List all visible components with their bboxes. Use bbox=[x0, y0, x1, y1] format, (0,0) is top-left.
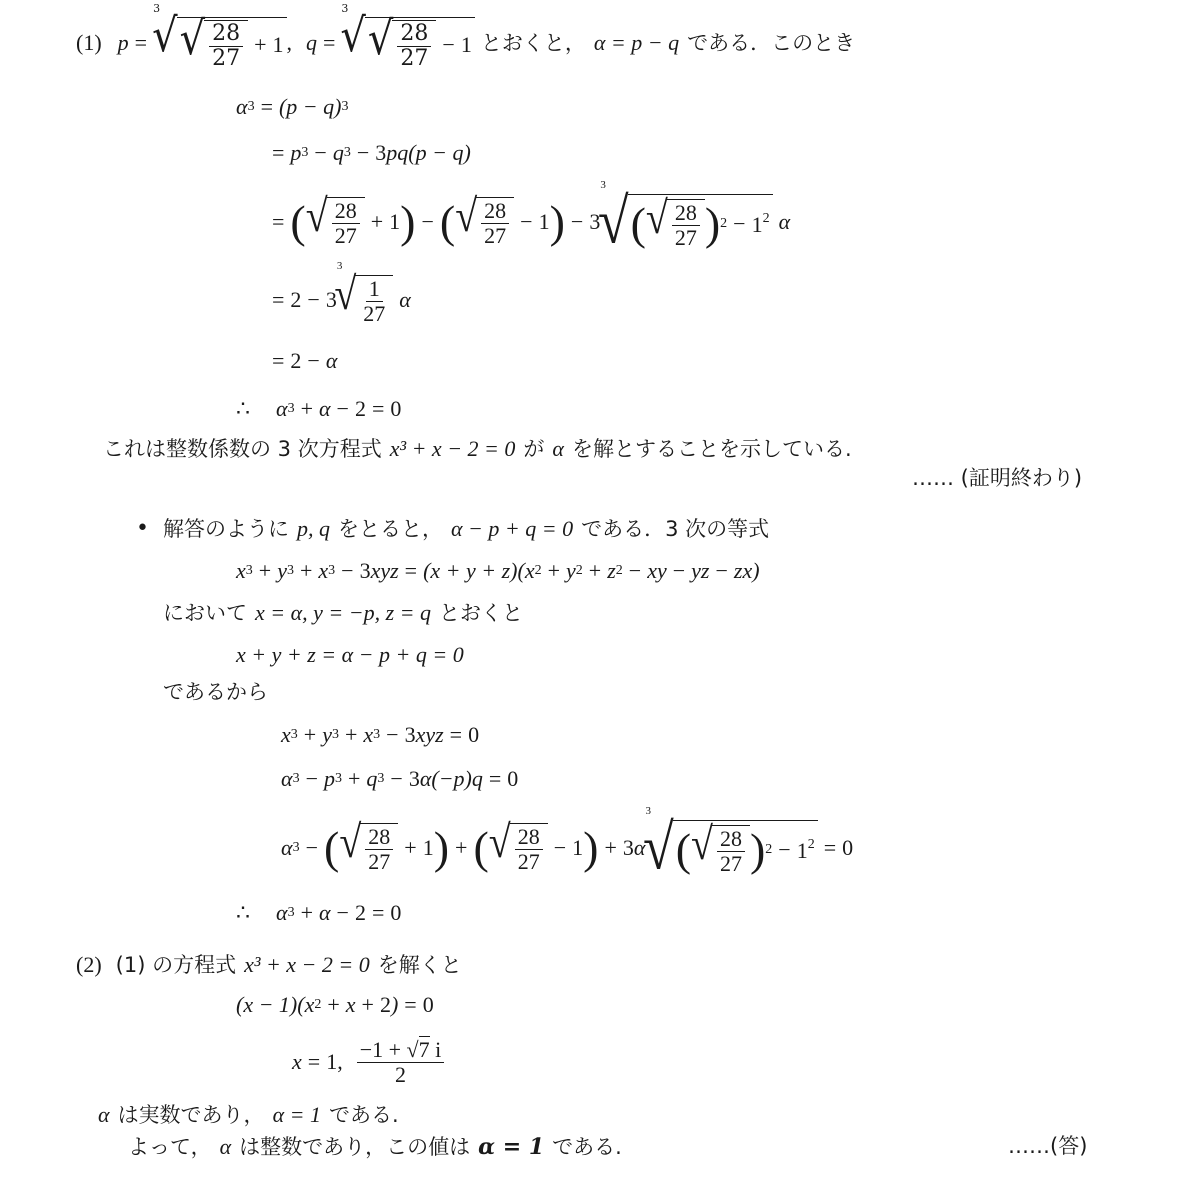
numerator: 28 bbox=[332, 200, 360, 224]
step-5: =2−α bbox=[272, 350, 337, 372]
subst-post: とおくと bbox=[439, 603, 523, 624]
final-pre: よって， bbox=[128, 1137, 212, 1158]
real-pre: は実数であり， bbox=[118, 1105, 265, 1126]
final-post: である. bbox=[552, 1137, 622, 1158]
denominator: 27 bbox=[332, 224, 360, 247]
conclusion-mid: が bbox=[523, 439, 544, 460]
numerator: 28 bbox=[397, 23, 431, 47]
step-2: =p3−q3−3pq(p − q) bbox=[272, 142, 471, 164]
note-equation: α − p + q = 0 bbox=[451, 518, 573, 540]
conclusion-equation: x³ + x − 2 = 0 bbox=[390, 438, 516, 460]
real-post: である. bbox=[329, 1105, 399, 1126]
denominator: 27 bbox=[209, 47, 243, 70]
subst-pre: において bbox=[163, 603, 247, 624]
cube-root-q: 3√ √2827 −1 bbox=[341, 17, 474, 70]
numerator: 28 bbox=[672, 202, 700, 226]
conclusion-post: を解とすることを示している. bbox=[572, 439, 852, 460]
therefore-text: であるから bbox=[163, 682, 268, 703]
numerator: 28 bbox=[717, 828, 745, 852]
denominator: 27 bbox=[481, 224, 509, 247]
note-eq-1: x3+y3+x3−3xyz=0 bbox=[281, 724, 479, 746]
note-line-1: • 解答のように p, q をとると， α − p + q = 0 である．3 … bbox=[136, 518, 769, 540]
sum-equation: x + y + z = α − p + q = 0 bbox=[236, 644, 464, 666]
note-pre: 解答のように bbox=[163, 519, 289, 540]
numerator: 28 bbox=[365, 826, 393, 850]
note-eq-4: ∴α3+α−2=0 bbox=[236, 902, 401, 924]
step-4: =2−3 3√127 α bbox=[272, 270, 411, 330]
subst-values: x = α, y = −p, z = q bbox=[255, 602, 431, 624]
part2-intro-pre: (1) の方程式 bbox=[116, 955, 236, 976]
conclusion-var: α bbox=[552, 438, 564, 460]
qed-mark: …… (証明終わり) bbox=[912, 468, 1082, 489]
final-mid: は整数であり，この値は bbox=[239, 1137, 470, 1158]
part1-label: (1) bbox=[76, 32, 102, 54]
step-3: =( √2827 +1)−( √2827 −1)−3 3√ (√2827)2 −… bbox=[272, 182, 790, 262]
denominator: 27 bbox=[360, 302, 388, 325]
factorization: (x − 1)(x2+x+2)=0 bbox=[236, 994, 434, 1016]
numerator: 28 bbox=[209, 23, 243, 47]
roots: x=1, −1 + √7 i2 bbox=[292, 1032, 446, 1092]
part2-label: (2) bbox=[76, 954, 102, 976]
step-1: α3=(p − q)3 bbox=[236, 96, 348, 118]
equals: = bbox=[135, 32, 147, 54]
denominator: 27 bbox=[397, 47, 431, 70]
part2-intro-post: を解くと bbox=[378, 955, 462, 976]
final-answer: α = 1 bbox=[478, 1136, 544, 1158]
part2-intro: (2) (1) の方程式 x³ + x − 2 = 0 を解くと bbox=[76, 954, 462, 976]
answer-mark: ……(答) bbox=[1008, 1136, 1087, 1157]
denominator-2: 2 bbox=[392, 1063, 409, 1086]
alpha-definition: α = p − q bbox=[594, 32, 679, 54]
numerator: 1 bbox=[366, 278, 383, 302]
bullet-icon: • bbox=[136, 518, 149, 540]
step-6: ∴α3+α−2=0 bbox=[236, 398, 401, 420]
numerator: 28 bbox=[515, 826, 543, 850]
var-q: q bbox=[306, 32, 317, 54]
intro-tail: である．このとき bbox=[687, 33, 855, 54]
conclusion-pre: これは整数係数の 3 次方程式 bbox=[103, 439, 382, 460]
part2-equation: x³ + x − 2 = 0 bbox=[244, 954, 370, 976]
real-line: α は実数であり， α = 1 である. bbox=[98, 1104, 399, 1126]
denominator: 27 bbox=[365, 850, 393, 873]
radicand-7: 7 bbox=[419, 1036, 430, 1062]
var-p: p bbox=[118, 32, 129, 54]
cube-root-p: 3√ √2827 +1 bbox=[153, 17, 286, 70]
note-eq-3: α3−( √2827 +1)+( √2827 −1)+3α 3√ (√2827)… bbox=[281, 808, 853, 888]
substitution-line: において x = α, y = −p, z = q とおくと bbox=[163, 602, 523, 624]
final-line: よって， α は整数であり，この値は α = 1 である. bbox=[128, 1136, 622, 1158]
note-post: である．3 次の等式 bbox=[581, 519, 769, 540]
note-mid: をとると， bbox=[338, 519, 443, 540]
denominator: 27 bbox=[717, 852, 745, 875]
denominator: 27 bbox=[515, 850, 543, 873]
part1-definition-line: (1) p= 3√ √2827 +1, q= 3√ √2827 −1 とおくと，… bbox=[76, 8, 855, 78]
real-equation: α = 1 bbox=[273, 1104, 321, 1126]
numerator: 28 bbox=[481, 200, 509, 224]
denominator: 27 bbox=[672, 226, 700, 249]
note-vars: p, q bbox=[297, 518, 330, 540]
conclusion-line: これは整数係数の 3 次方程式 x³ + x − 2 = 0 が α を解とする… bbox=[103, 438, 852, 460]
intro-suffix: とおくと， bbox=[481, 33, 586, 54]
note-eq-2: α3−p3+q3−3α(−p)q=0 bbox=[281, 768, 518, 790]
identity: x3+y3+x3−3xyz=(x + y + z)(x2+y2+z2−xy−yz… bbox=[236, 560, 760, 582]
